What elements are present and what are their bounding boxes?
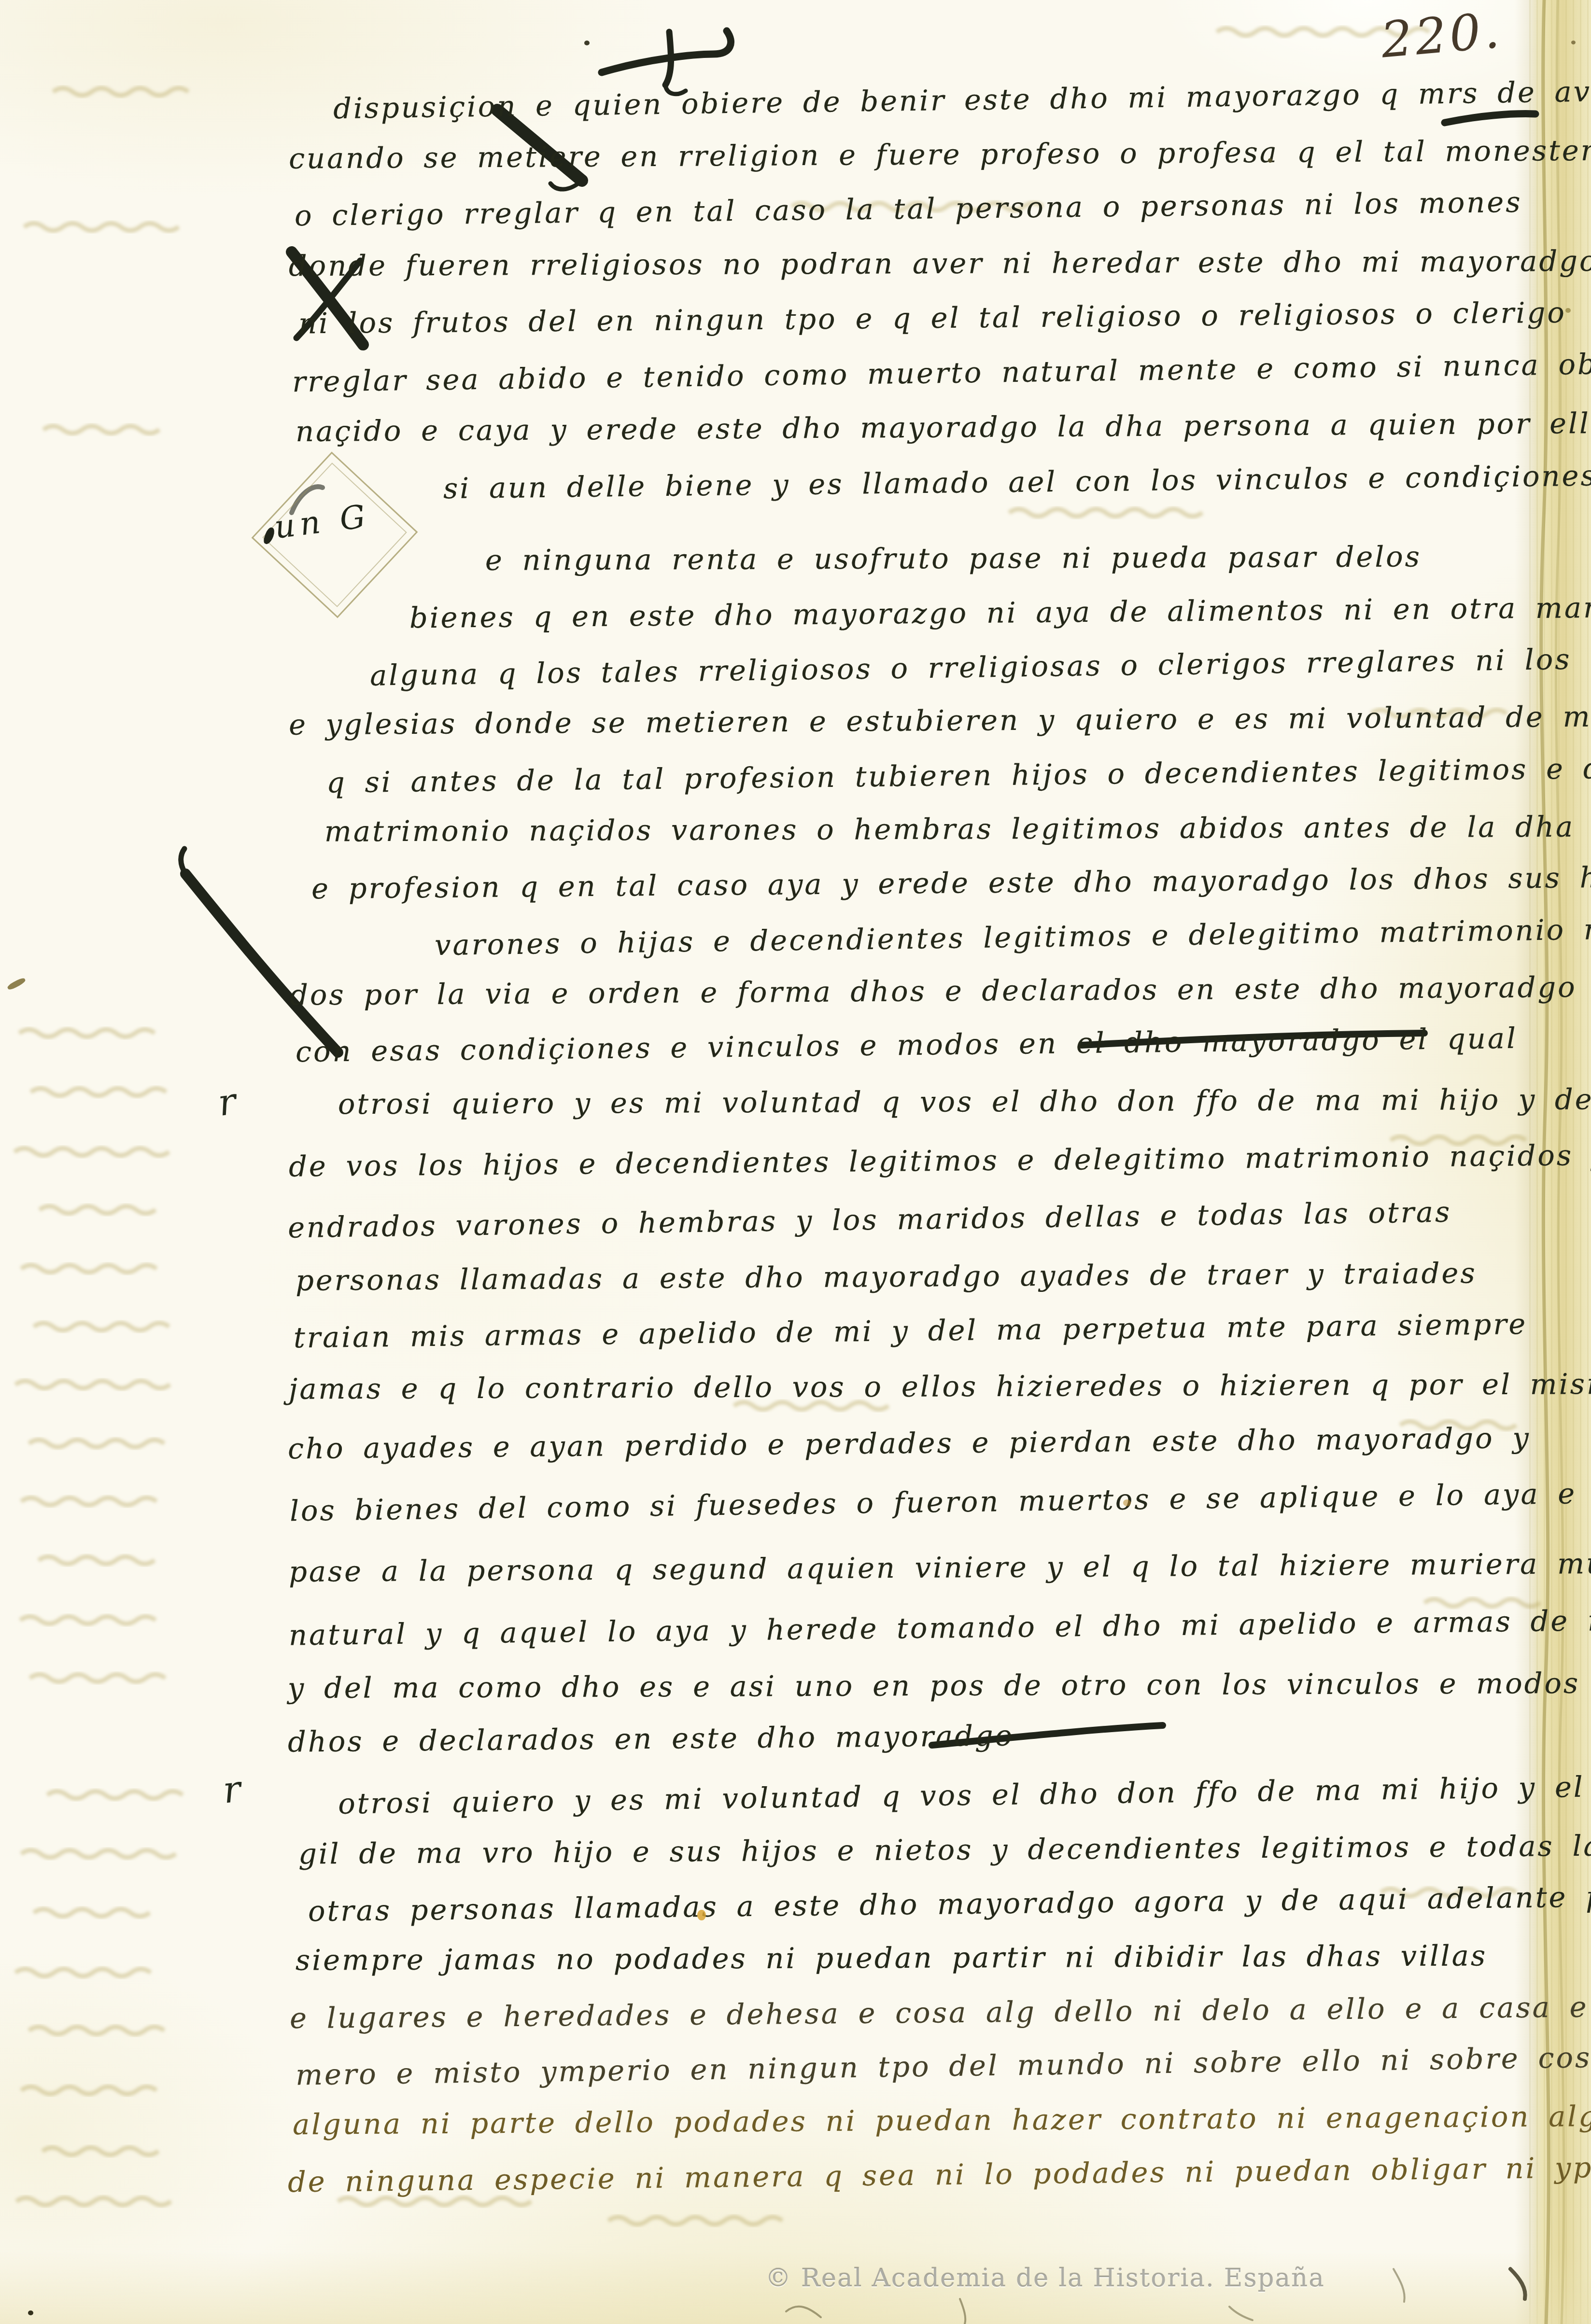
manuscript-line: siempre jamas no podades ni puedan parti… <box>296 1932 1487 1984</box>
manuscript-line: natural y q aquel lo aya y herede tomand… <box>289 1596 1591 1660</box>
manuscript-line: rreglar sea abido e tenido como muerto n… <box>292 339 1591 406</box>
foxing-dot <box>1123 1499 1131 1506</box>
manuscript-line: personas llamadas a este dho mayoradgo a… <box>296 1249 1477 1304</box>
manuscript-line: matrimonio naçidos varones o hembras leg… <box>324 802 1591 855</box>
foxing-dot <box>697 1910 706 1920</box>
manuscript-line: y del ma como dho es e asi uno en pos de… <box>288 1659 1580 1712</box>
manuscript-line: cuando se metiere en rreligion e fuere p… <box>289 126 1591 182</box>
manuscript-line: o clerigo rreglar q en tal caso la tal p… <box>295 178 1523 240</box>
manuscript-line: e ninguna renta e usofruto pase ni pueda… <box>485 532 1422 584</box>
manuscript-line: jamas e q lo contrario dello vos o ellos… <box>289 1359 1591 1413</box>
manuscript-line: varones o hijas e decendientes legitimos… <box>434 905 1591 969</box>
manuscript-line: q si antes de la tal profesion tubieren … <box>326 742 1591 807</box>
manuscript-line: ni los frutos del en ningun tpo e q el t… <box>298 289 1567 348</box>
manuscript-line: bienes q en este dho mayorazgo ni aya de… <box>409 583 1591 643</box>
manuscript-line: de ninguna especie ni manera q sea ni lo… <box>288 2142 1591 2207</box>
manuscript-line: endrados varones o hembras y los maridos… <box>287 1188 1452 1252</box>
archive-watermark: © Real Academia de la Historia. España <box>765 2263 1465 2293</box>
manuscript-line: pase a la persona q segund aquien vinier… <box>289 1539 1591 1596</box>
manuscript-line: e yglesias donde se metieren e estubiere… <box>289 692 1591 749</box>
manuscript-line: si aun delle biene y es llamado ael con … <box>443 451 1591 513</box>
manuscript-line: de vos los hijos e decendientes legitimo… <box>289 1130 1591 1190</box>
manuscript-line: mero e misto ymperio en ningun tpo del m… <box>295 2033 1591 2099</box>
folio-number: 220. <box>1379 1 1505 69</box>
edge-speck <box>1571 41 1576 44</box>
ink-speck <box>28 2310 33 2315</box>
manuscript-line: alguna q los tales rreligiosos o rreligi… <box>369 633 1591 700</box>
manuscript-line: los bienes del como si fuesedes o fueron… <box>289 1470 1577 1535</box>
manuscript-line: e lugares e heredades e dehesa e cosa al… <box>290 1982 1591 2043</box>
manuscript-line: con esas condiçiones e vinculos e modos … <box>296 1014 1518 1076</box>
edge-speck <box>1565 308 1571 313</box>
manuscript-line: dos por la via e orden e forma dhos e de… <box>290 963 1591 1019</box>
scanned-manuscript-page: { "page": { "folio_number": "220.", "wat… <box>0 0 1591 2324</box>
manuscript-line: otrosi quiero y es mi voluntad q vos el … <box>338 1075 1591 1129</box>
ink-speck <box>1268 158 1272 163</box>
ink-speck <box>584 41 590 45</box>
manuscript-line: cho ayades e ayan perdido e perdades e p… <box>288 1414 1531 1473</box>
manuscript-line: e profesion q en tal caso aya y erede es… <box>311 853 1591 913</box>
manuscript-line: naçido e caya y erede este dho mayoradgo… <box>296 399 1591 456</box>
manuscript-line: alguna ni parte dello podades ni puedan … <box>293 2092 1591 2149</box>
manuscript-line: dispusiçion e quien obiere de benir este… <box>333 67 1591 133</box>
manuscript-line: traian mis armas e apelido de mi y del m… <box>294 1300 1528 1362</box>
manuscript-line: otras personas llamadas a este dho mayor… <box>308 1873 1591 1935</box>
manuscript-line: otrosi quiero y es mi voluntad q vos el … <box>338 1761 1591 1828</box>
manuscript-line: donde fueren rreligiosos no podran aver … <box>289 237 1591 290</box>
manuscript-text: dispusiçion e quien obiere de benir este… <box>0 0 1591 2324</box>
manuscript-line: gil de ma vro hijo e sus hijos e nietos … <box>298 1821 1591 1878</box>
manuscript-line: dhos e declarados en este dho mayoradgo <box>288 1711 1014 1766</box>
